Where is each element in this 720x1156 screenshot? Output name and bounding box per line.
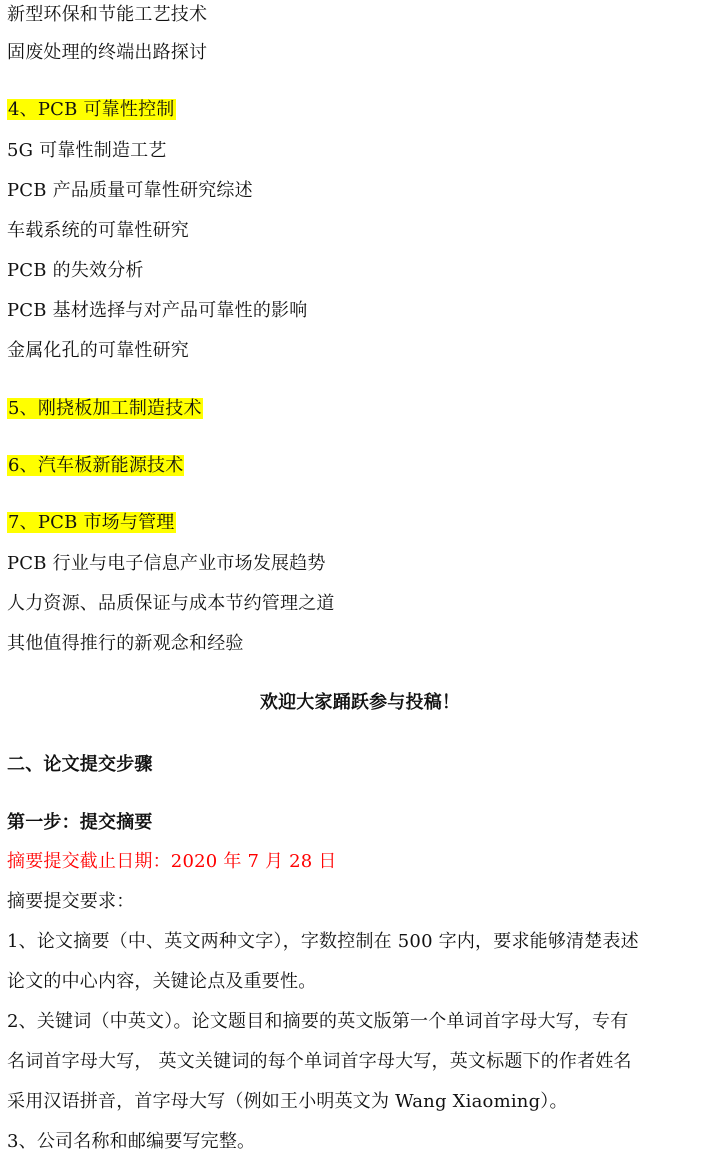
requirement-line: 名词首字母大写， 英文关键词的每个单词首字母大写，英文标题下的作者姓名	[7, 1049, 632, 1075]
highlighted-heading: 4、PCB 可靠性控制	[7, 99, 176, 120]
topic-item: 其他值得推行的新观念和经验	[7, 631, 244, 657]
highlighted-heading: 5、刚挠板加工制造技术	[7, 398, 203, 419]
part2-heading: 二、论文提交步骤	[7, 752, 153, 778]
requirement-line: 采用汉语拼音，首字母大写（例如王小明英文为 Wang Xiaoming）。	[7, 1089, 568, 1115]
requirement-line: 2、关键词（中英文）。论文题目和摘要的英文版第一个单词首字母大写，专有	[7, 1009, 628, 1035]
requirements-label: 摘要提交要求：	[7, 889, 134, 915]
topic-item: 车载系统的可靠性研究	[7, 218, 189, 244]
requirement-line: 3、公司名称和邮编要写完整。	[7, 1129, 255, 1155]
section-heading-4: 4、PCB 可靠性控制	[7, 97, 176, 123]
highlighted-heading: 6、汽车板新能源技术	[7, 455, 184, 476]
abstract-deadline: 摘要提交截止日期：2020 年 7 月 28 日	[7, 849, 337, 875]
requirement-line: 论文的中心内容，关键论点及重要性。	[7, 969, 316, 995]
topic-item: 新型环保和节能工艺技术	[7, 2, 207, 28]
requirement-line: 1、论文摘要（中、英文两种文字），字数控制在 500 字内，要求能够清楚表述	[7, 929, 639, 955]
section-heading-5: 5、刚挠板加工制造技术	[7, 396, 203, 422]
topic-item: 人力资源、品质保证与成本节约管理之道	[7, 591, 335, 617]
section-heading-6: 6、汽车板新能源技术	[7, 453, 184, 479]
section-heading-7: 7、PCB 市场与管理	[7, 510, 176, 536]
welcome-banner: 欢迎大家踊跃参与投稿！	[0, 690, 720, 716]
topic-item: 金属化孔的可靠性研究	[7, 338, 189, 364]
topic-item: 固废处理的终端出路探讨	[7, 40, 207, 66]
topic-item: PCB 产品质量可靠性研究综述	[7, 178, 253, 204]
topic-item: 5G 可靠性制造工艺	[7, 138, 167, 164]
topic-item: PCB 行业与电子信息产业市场发展趋势	[7, 551, 326, 577]
step1-heading: 第一步：提交摘要	[7, 810, 153, 836]
topic-item: PCB 基材选择与对产品可靠性的影响	[7, 298, 307, 324]
highlighted-heading: 7、PCB 市场与管理	[7, 512, 176, 533]
topic-item: PCB 的失效分析	[7, 258, 144, 284]
